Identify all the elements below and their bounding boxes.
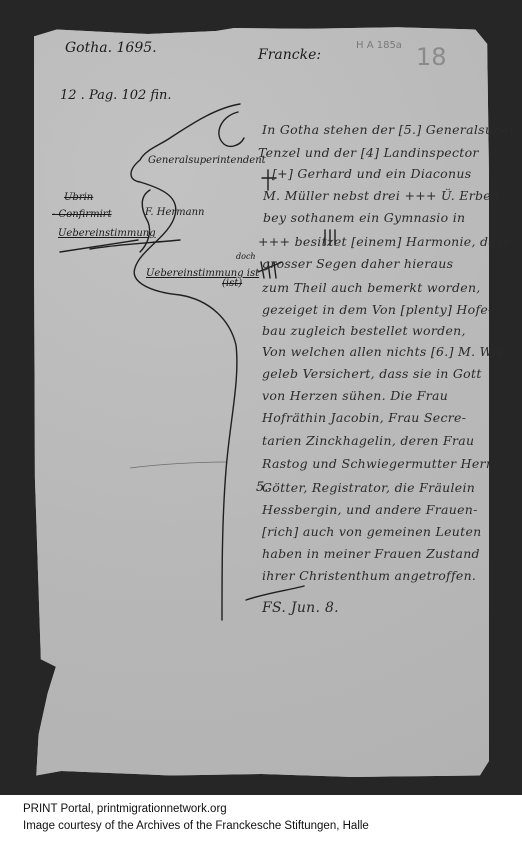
body-line-5: bey sothanem ein Gymnasio in — [263, 210, 465, 225]
margin-note-ist: (ist) — [222, 278, 242, 289]
body-line-9: gezeiget in dem Von [plenty] Hofe- — [262, 302, 493, 317]
body-line-11: Von welchen allen nichts [6.] M. Wie- — [262, 344, 509, 359]
margin-note-generalsuperintendent: Generalsuperintendent — [148, 155, 266, 166]
body-line-17: Götter, Registrator, die Fräulein — [262, 480, 475, 495]
scan-viewer: Gotha. 1695. Francke: H A 185a 18 12 . P… — [0, 0, 522, 795]
body-line-13: von Herzen sühen. Die Frau — [262, 388, 448, 403]
body-line-2: Tenzel und der [4] Landinspector — [258, 145, 479, 160]
body-line-10: bau zugleich bestellet worden, — [262, 323, 466, 338]
margin-note-f-hermann: F. Hermann — [145, 207, 204, 218]
body-line-12: geleb Versichert, dass sie in Gott — [262, 366, 482, 381]
addressee: Francke: — [258, 47, 321, 63]
credit-portal: PRINT Portal, printmigrationnetwork.org — [23, 803, 227, 815]
body-line-6: +++ besitzet [einem] Harmonie, dass — [258, 234, 510, 249]
archive-signature: H A 185a — [356, 40, 402, 51]
place-date: Gotha. 1695. — [65, 40, 157, 56]
margin-note-uebereinstimmung: Uebereinstimmung — [58, 228, 156, 239]
margin-note-struck-2: - Confirmirt — [52, 209, 112, 220]
margin-note-uebereinstimmung-ist: Uebereinstimmung ist — [146, 268, 259, 279]
body-line-4: M. Müller nebst drei +++ Ü. Erben — [263, 188, 499, 203]
body-line-8: zum Theil auch bemerkt worden, — [262, 280, 481, 295]
body-line-21: ihrer Christenthum angetroffen. — [262, 568, 476, 583]
body-line-3: [+] Gerhard und ein Diaconus — [272, 166, 471, 181]
margin-note-struck-1: Ubrin — [64, 192, 93, 203]
body-line-signature: FS. Jun. 8. — [262, 600, 339, 616]
credit-archive: Image courtesy of the Archives of the Fr… — [23, 820, 369, 832]
body-line-16: Rastog und Schwiegermutter Herr — [262, 456, 492, 471]
margin-note-doch: doch — [236, 252, 256, 261]
body-line-7: grosser Segen daher hieraus — [262, 256, 453, 271]
body-line-18: Hessbergin, und andere Frauen- — [262, 502, 478, 517]
body-line-19: [rich] auch von gemeinen Leuten — [262, 524, 482, 539]
page-reference: 12 . Pag. 102 fin. — [60, 88, 172, 103]
body-line-15: tarien Zinckhagelin, deren Frau — [262, 433, 474, 448]
body-line-14: Hofräthin Jacobin, Frau Secre- — [262, 410, 466, 425]
folio-number: 18 — [416, 43, 447, 71]
body-line-20: haben in meiner Frauen Zustand — [262, 546, 480, 561]
body-line-1: In Gotha stehen der [5.] Generalsuper. — [262, 122, 518, 137]
